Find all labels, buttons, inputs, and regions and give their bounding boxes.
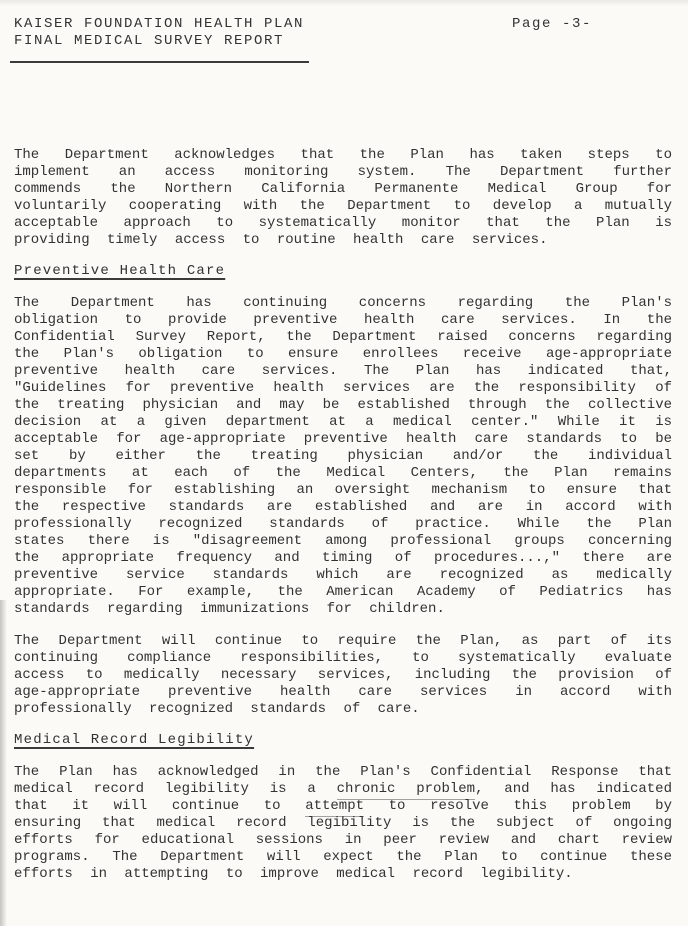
preventive-paragraph-1: The Department has continuing concerns r… (14, 295, 672, 618)
document-page: KAISER FOUNDATION HEALTH PLAN FINAL MEDI… (0, 0, 688, 926)
legibility-paragraph: The Plan has acknowledged in the Plan's … (14, 764, 672, 883)
org-title-line1: KAISER FOUNDATION HEALTH PLAN (14, 16, 304, 33)
intro-paragraph: The Department acknowledges that the Pla… (14, 147, 672, 249)
page-number: Page -3- (512, 16, 592, 33)
header-rule (10, 61, 309, 63)
org-title-line2: FINAL MEDICAL SURVEY REPORT (14, 33, 304, 50)
section-heading-medical-record-legibility: Medical Record Legibility (14, 732, 672, 749)
report-title-block: KAISER FOUNDATION HEALTH PLAN FINAL MEDI… (14, 16, 304, 50)
preventive-paragraph-2: The Department will continue to require … (14, 633, 672, 718)
document-header: KAISER FOUNDATION HEALTH PLAN FINAL MEDI… (14, 16, 672, 50)
section-heading-preventive-health-care: Preventive Health Care (14, 263, 672, 280)
